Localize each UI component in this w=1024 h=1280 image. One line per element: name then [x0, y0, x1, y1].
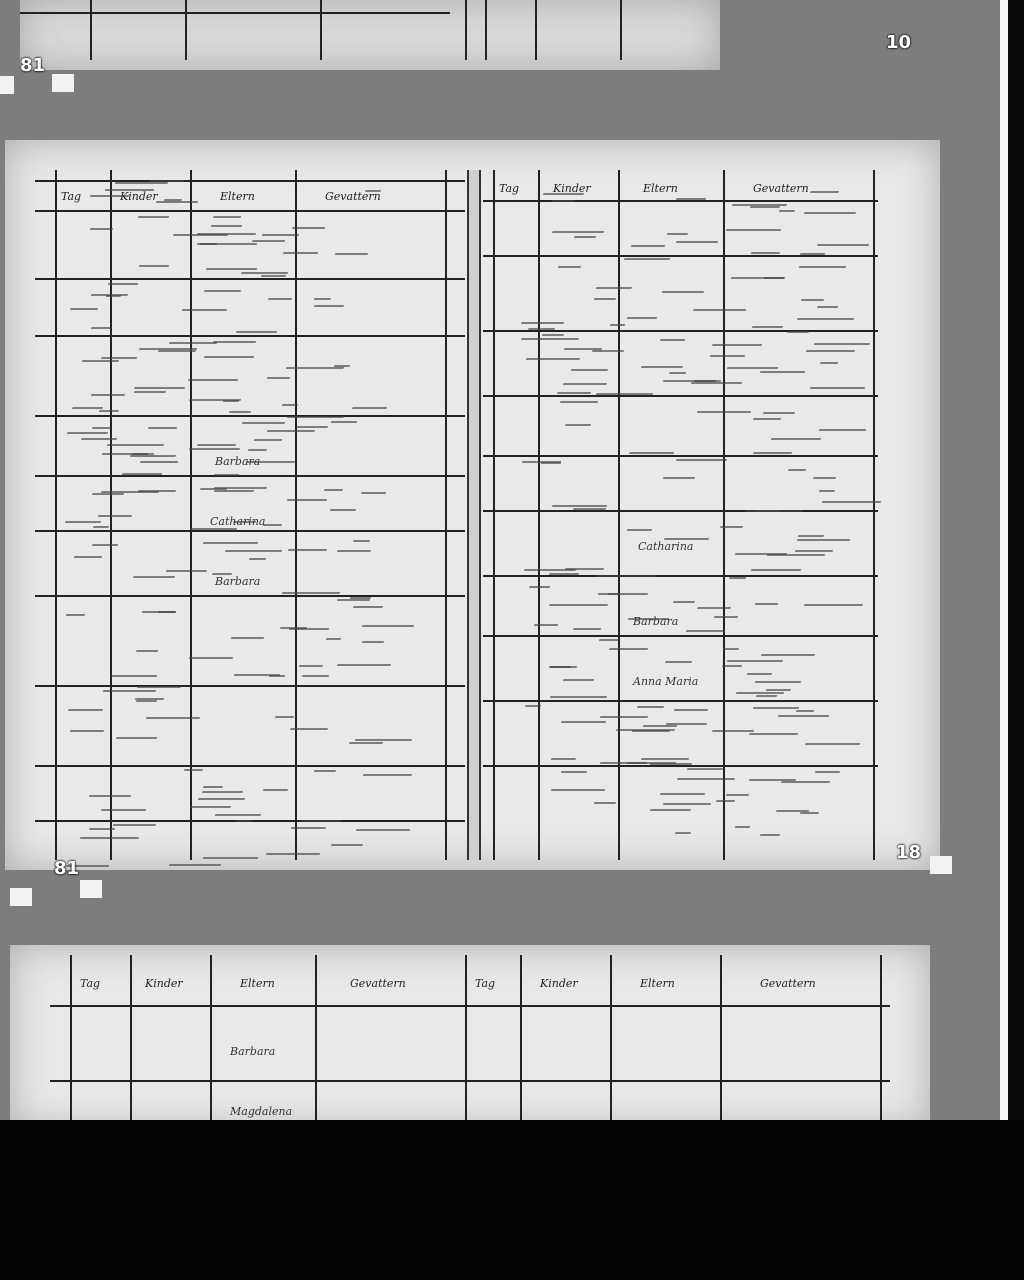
lower-frame-table: Tag Kinder Eltern Gevattern Tag Kinder E…: [50, 955, 890, 1130]
column-header-day: Tag: [61, 190, 81, 203]
register-frame-lower: Tag Kinder Eltern Gevattern Tag Kinder E…: [10, 945, 930, 1130]
column-header-day: Tag: [475, 977, 495, 990]
right-page-table: Tag Kinder Eltern Gevattern Catharina Ba…: [483, 170, 878, 860]
entry-name: Barbara: [633, 615, 678, 628]
sprocket-hole: [52, 74, 74, 92]
film-end-black: [0, 1120, 1024, 1280]
entry-name: Barbara: [215, 575, 260, 588]
page-gutter: [467, 170, 481, 860]
entry-name: Barbara: [230, 1045, 275, 1058]
column-header-godparents: Gevattern: [753, 182, 809, 195]
sprocket-hole: [80, 880, 102, 898]
sprocket-hole: [930, 856, 952, 874]
column-header-day: Tag: [80, 977, 100, 990]
column-header-parents: Eltern: [240, 977, 275, 990]
microfilm-viewer: 81 10 Tag Kinder Eltern Gevattern: [0, 0, 1024, 1280]
entry-name: Catharina: [638, 540, 693, 553]
column-header-day: Tag: [499, 182, 519, 195]
top-partial-frame: [20, 0, 720, 70]
column-header-godparents: Gevattern: [760, 977, 816, 990]
film-edge: [1000, 0, 1008, 1120]
entry-name: Magdalena: [230, 1105, 292, 1118]
entry-name: Anna Maria: [633, 675, 698, 688]
column-header-parents: Eltern: [220, 190, 255, 203]
sprocket-hole: [10, 888, 32, 906]
register-frame-main: Tag Kinder Eltern Gevattern Barbara Cath…: [5, 140, 940, 870]
column-header-godparents: Gevattern: [350, 977, 406, 990]
frame-marker-middle-right: 18: [896, 842, 921, 863]
column-header-child: Kinder: [145, 977, 183, 990]
column-header-parents: Eltern: [640, 977, 675, 990]
frame-marker-top-left: 81: [20, 55, 45, 76]
sprocket-hole: [0, 76, 14, 94]
frame-marker-middle-left: 81: [54, 858, 79, 879]
column-header-parents: Eltern: [643, 182, 678, 195]
frame-marker-top-right: 10: [886, 32, 911, 53]
column-header-child: Kinder: [540, 977, 578, 990]
